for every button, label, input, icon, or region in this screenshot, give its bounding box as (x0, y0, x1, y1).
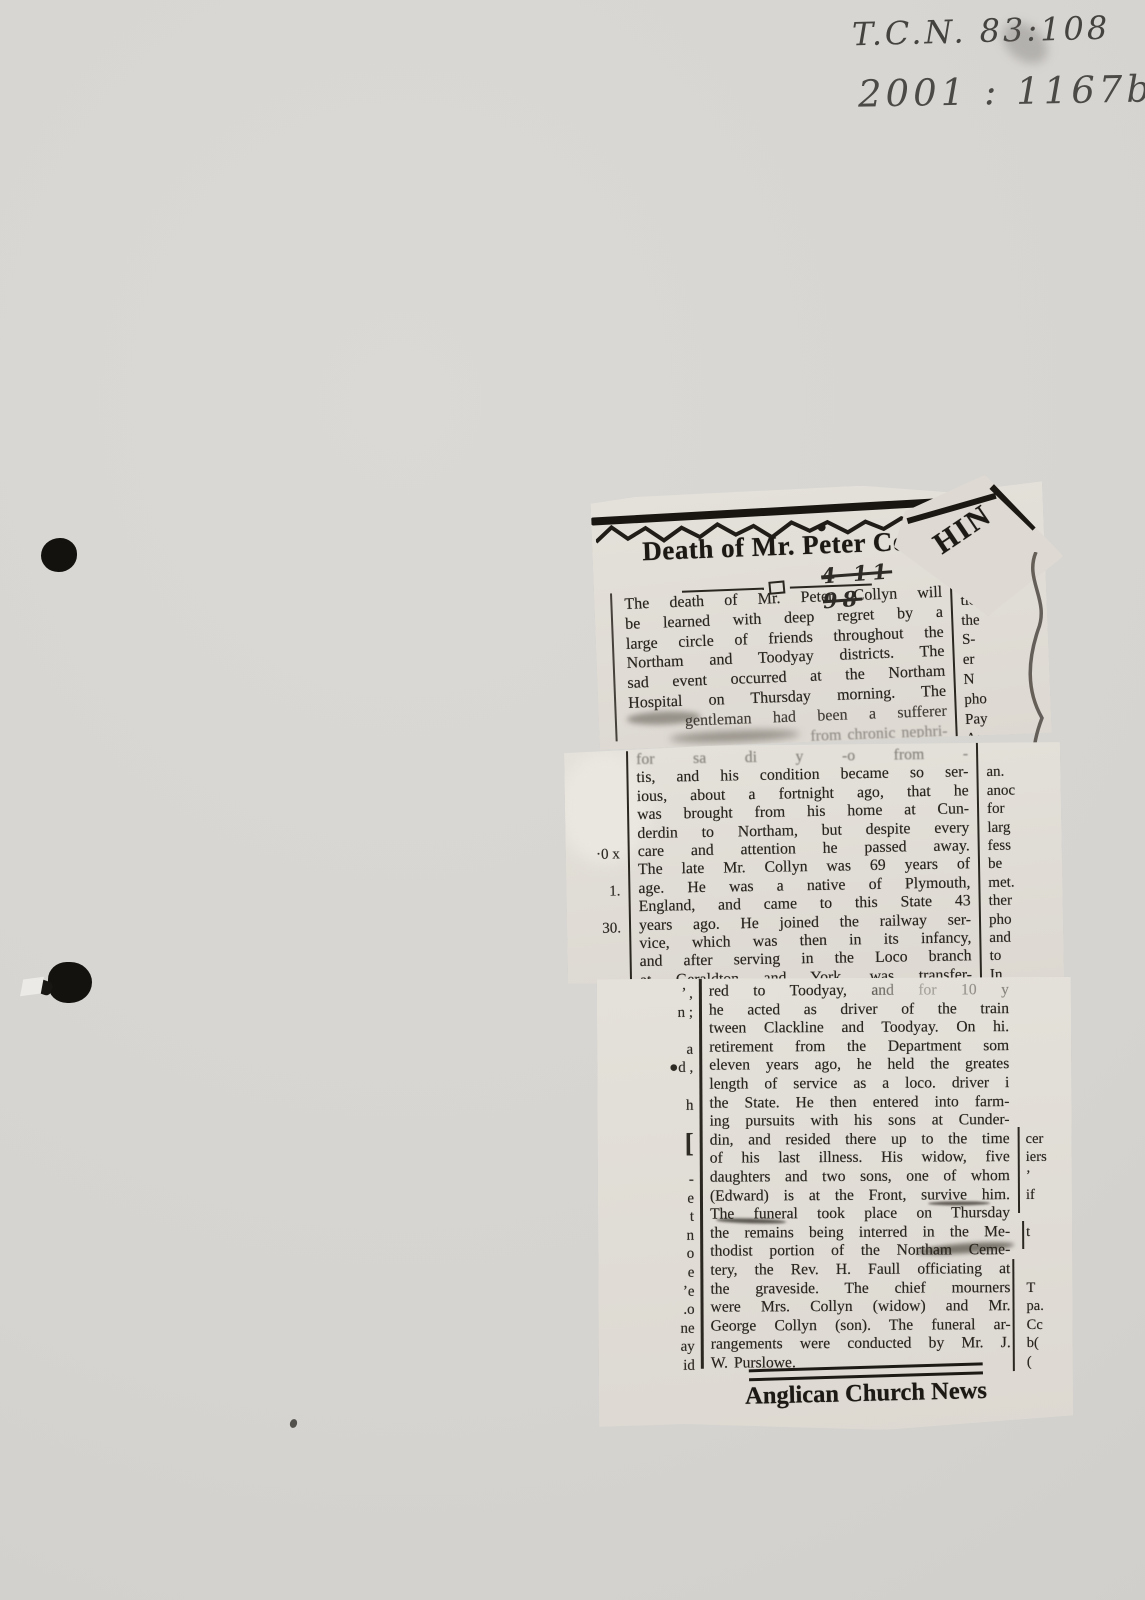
clipping-text-line: he acted as driver of the train (709, 1000, 1009, 1020)
clipping-text-line: ing pursuits with his sons at Cunder- (710, 1111, 1010, 1131)
column-fragment: .o (651, 1301, 695, 1320)
adjacent-column-fragments: an.anocforlargfessbemet.therphoandtoIn (986, 744, 1060, 984)
column-fragment (1026, 1260, 1072, 1279)
column-fragment: to (989, 946, 1059, 966)
column-fragment (570, 772, 618, 791)
column-fragment (649, 1022, 693, 1041)
clipping-text-line: of his last illness. His widow, five (710, 1148, 1010, 1168)
column-fragment (571, 827, 619, 846)
column-fragment: b( (1027, 1334, 1073, 1353)
column-fragment: ( (1027, 1353, 1073, 1372)
clipping-text-line: eleven years ago, he held the greates (709, 1055, 1009, 1075)
column-rule-left (610, 593, 618, 741)
column-fragment (570, 753, 618, 772)
column-fragment: n ; (649, 1003, 693, 1022)
column-fragment: - (650, 1171, 694, 1190)
column-fragment: ther (989, 891, 1059, 911)
column-fragment: n (650, 1226, 694, 1245)
column-rule-left (699, 979, 704, 1369)
column-fragment: met. (988, 873, 1058, 893)
column-fragment: e (650, 1189, 694, 1208)
clipping-footer-title: Anglican Church News (731, 1377, 1002, 1412)
column-fragment (572, 864, 620, 883)
column-rule-right (949, 570, 957, 736)
column-fragment: if (1026, 1185, 1072, 1204)
column-fragment: and (989, 928, 1059, 948)
column-fragment (1025, 1055, 1071, 1074)
column-fragment: 1. (572, 882, 620, 901)
clipping-text-line: the State. He then entered into farm- (709, 1093, 1009, 1113)
clipping-middle-piece: ·0 x1.30.x for sa di y -o from -tis, and… (564, 740, 1064, 989)
column-fragment (1026, 1204, 1072, 1223)
clipping-text-line: tween Clackline and Toodyay. On hi. (709, 1018, 1009, 1038)
column-fragment: [ (650, 1133, 694, 1152)
column-fragment: iers (1026, 1148, 1072, 1167)
column-fragment: ’e (650, 1282, 694, 1301)
column-fragment (1025, 1037, 1071, 1056)
column-fragment (1025, 999, 1071, 1018)
column-fragment: for (987, 799, 1057, 819)
paragraph-1: The death of Mr. Peter Collyn willbe lea… (624, 583, 948, 753)
margin-fragments-left: ·0 x1.30.x (570, 753, 622, 993)
paragraph-2: for sa di y -o from -tis, and his condit… (636, 745, 972, 990)
handwritten-catalog-number: T.C.N. 83:108 (852, 9, 1111, 54)
column-rule-right (1012, 1259, 1015, 1371)
column-fragment: an. (986, 762, 1056, 782)
column-fragment: pa. (1026, 1297, 1072, 1316)
column-fragment (1025, 1018, 1071, 1037)
column-fragment: pho (989, 909, 1059, 929)
column-fragment: T (1026, 1278, 1072, 1297)
column-rule-right (976, 741, 982, 981)
column-fragment: ’ (1026, 1167, 1072, 1186)
clipping-text-line: the remains being interred in the Me- (710, 1223, 1010, 1243)
column-fragment: cer (1026, 1130, 1072, 1149)
scanned-page: T.C.N. 83:108 2001 : 1167b Death of Mr. … (0, 0, 1145, 1600)
column-fragment: a (649, 1041, 693, 1060)
clipping-text-line: were Mrs. Collyn (widow) and Mr. (710, 1297, 1010, 1317)
margin-fragments-left: ’ ,n ;a●d ,h[-etnoe’e.oneayid (649, 985, 695, 1376)
column-fragment: ay (651, 1338, 695, 1357)
column-fragment (571, 809, 619, 828)
column-fragment (1026, 1111, 1072, 1130)
clipping-text-line: George Collyn (son). The funeral ar- (711, 1316, 1011, 1336)
column-fragment (1026, 1241, 1072, 1260)
column-fragment: fess (988, 836, 1058, 856)
column-fragment: 30. (573, 919, 621, 938)
clipping-text-line: tery, the Rev. H. Faull officiating at (710, 1260, 1010, 1280)
column-rule-right (1018, 1127, 1020, 1213)
column-fragment (986, 744, 1056, 764)
column-fragment (571, 790, 619, 809)
clipping-text-line: rangements were conducted by Mr. J. (711, 1334, 1011, 1354)
column-fragment (573, 937, 621, 956)
torn-corner-text: HIN (927, 498, 998, 561)
column-fragment: ·0 x (572, 845, 620, 864)
clipping-text-line: the graveside. The chief mourners (710, 1279, 1010, 1299)
column-fragment: h (649, 1096, 693, 1115)
handwritten-accession-number: 2001 : 1167b (858, 67, 1145, 115)
column-rule-right (1022, 1221, 1024, 1249)
column-fragment (1025, 1092, 1071, 1111)
column-fragment: o (650, 1245, 694, 1264)
column-fragment: e (650, 1264, 694, 1283)
column-fragment (649, 1078, 693, 1097)
column-fragment (1025, 1074, 1071, 1093)
column-fragment: larg (987, 817, 1057, 837)
column-fragment: ’ , (649, 985, 693, 1004)
clipping-text-line: din, and resided there up to the time (710, 1130, 1010, 1150)
column-fragment: id (651, 1357, 695, 1376)
hole-punch-bottom (48, 962, 92, 1003)
column-fragment (1025, 981, 1071, 1000)
column-fragment: Cc (1027, 1315, 1073, 1334)
column-fragment: anoc (987, 781, 1057, 801)
hole-punch-top (41, 538, 77, 572)
column-fragment: be (988, 854, 1058, 874)
clipping-text-line: red to Toodyay, and for 10 y (709, 981, 1009, 1001)
clipping-bottom-piece: ’ ,n ;a●d ,h[-etnoe’e.oneayid red to Too… (597, 977, 1073, 1431)
column-fragment (573, 901, 621, 920)
adjacent-column-fragments: ceriers’iftTpa.Ccb(( (1025, 981, 1073, 1372)
clipping-text-line: retirement from the Department som (709, 1037, 1009, 1057)
clipping-text-line: daughters and two sons, one of whom (710, 1167, 1010, 1187)
paragraph-3: red to Toodyay, and for 10 yhe acted as … (709, 981, 1011, 1373)
clipping-text-line: length of service as a loco. driver i (709, 1074, 1009, 1094)
ink-dot (289, 1418, 299, 1429)
column-fragment: ne (651, 1319, 695, 1338)
column-fragment (574, 956, 622, 975)
column-fragment: t (1026, 1222, 1072, 1241)
column-fragment: t (650, 1208, 694, 1227)
column-fragment: ●d , (649, 1059, 693, 1078)
